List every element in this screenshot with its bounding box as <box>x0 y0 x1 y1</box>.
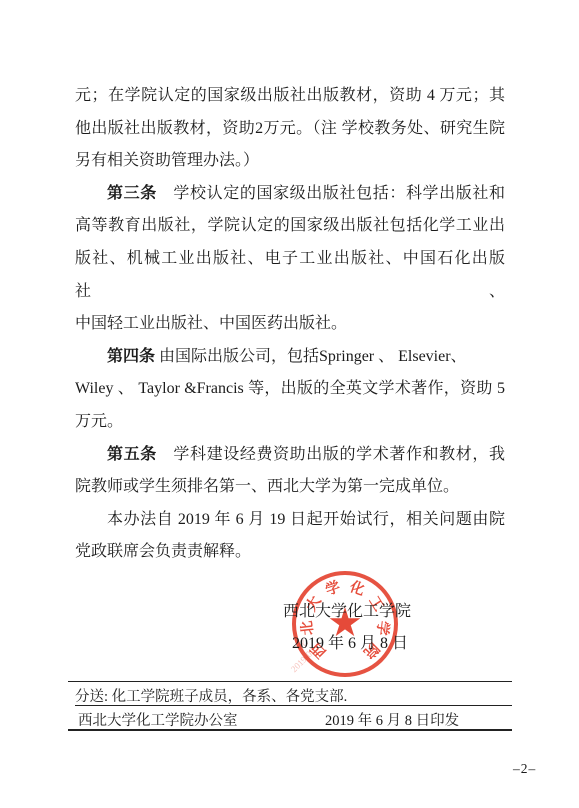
article-number: 第三条 <box>107 185 157 202</box>
print-date: 2019 年 6 月 8 日印发 <box>325 709 459 730</box>
official-seal: 化 2019-09 西北大学化工学院 <box>292 571 398 677</box>
text-line: 党政联席会负责责解释。 <box>75 536 505 569</box>
signature-org: 西北大学化工学院 <box>283 598 411 621</box>
text-line: 他出版社出版教材，资助2万元。（注 学校教务处、研究生院 <box>75 113 505 146</box>
footer-divider-top <box>68 681 512 682</box>
text-line: 第四条 由国际出版公司，包括Springer 、 Elsevier、 <box>75 341 505 374</box>
text-line: 另有相关资助管理办法。） <box>75 145 505 178</box>
page-number: –2– <box>513 761 536 777</box>
document-body: 元；在学院认定的国家级出版社出版教材，资助 4 万元；其他出版社出版教材，资助2… <box>75 80 505 569</box>
article-number: 第五条 <box>107 446 157 463</box>
footer-divider-middle <box>75 705 512 706</box>
text-line: Wiley 、 Taylor &Francis 等，出版的全英文学术著作，资助 … <box>75 373 505 406</box>
text-line: 中国轻工业出版社、中国医药出版社。 <box>75 308 505 341</box>
issuing-office: 西北大学化工学院办公室 <box>78 709 238 730</box>
text-line: 版社、机械工业出版社、电子工业出版社、中国石化出版社、 <box>75 243 505 308</box>
text-line: 元；在学院认定的国家级出版社出版教材，资助 4 万元；其 <box>75 80 505 113</box>
text-line: 万元。 <box>75 406 505 439</box>
text-line: 本办法自 2019 年 6 月 19 日起开始试行，相关问题由院 <box>75 504 505 537</box>
text-line: 第五条 学科建设经费资助出版的学术著作和教材，我 <box>75 439 505 472</box>
signature-date: 2019 年 6 月 8 日 <box>292 630 408 653</box>
footer-divider-bottom <box>68 729 512 731</box>
article-number: 第四条 <box>107 348 155 365</box>
distribution-note: 分送: 化工学院班子成员，各系、各党支部. <box>75 685 347 706</box>
text-line: 第三条 学校认定的国家级出版社包括：科学出版社和 <box>75 178 505 211</box>
text-line: 院教师或学生须排名第一、西北大学为第一完成单位。 <box>75 471 505 504</box>
text-line: 高等教育出版社，学院认定的国家级出版社包括化学工业出 <box>75 210 505 243</box>
